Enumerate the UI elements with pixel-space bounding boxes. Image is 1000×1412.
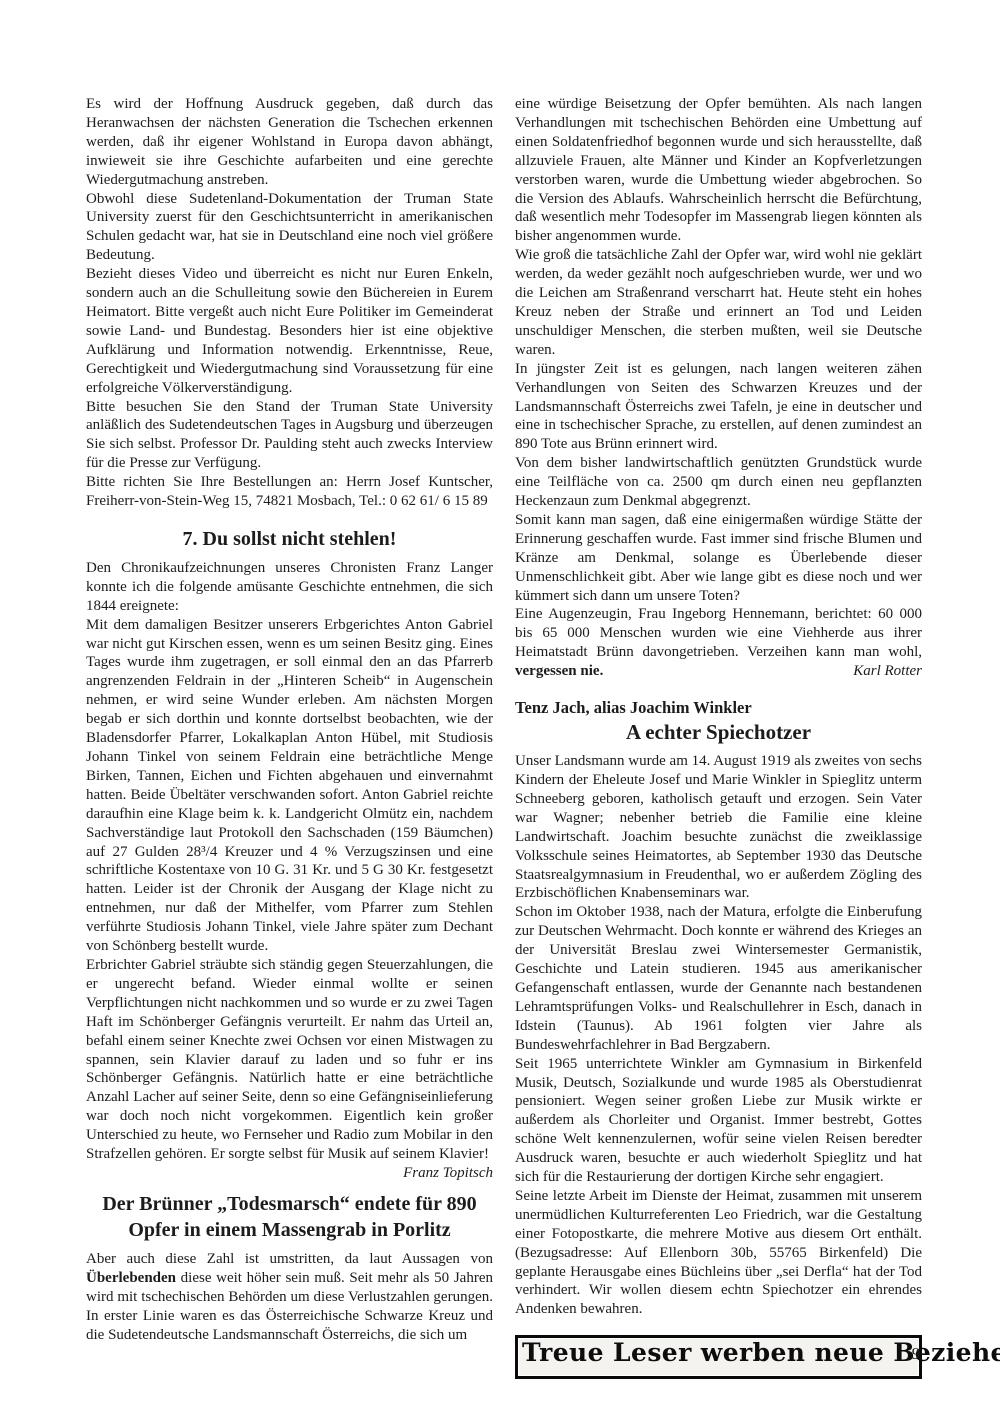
article-heading: Der Brünner „Todesmarsch“ endete für 890… bbox=[86, 1191, 493, 1243]
paragraph: Bitte besuchen Sie den Stand der Truman … bbox=[86, 398, 493, 474]
body-text: In jüngster Zeit ist es gelungen, nach l… bbox=[515, 361, 922, 453]
right-column: eine würdige Beisetzung der Opfer bemüht… bbox=[515, 95, 922, 1379]
body-text: Von dem bisher landwirtschaftlich genütz… bbox=[515, 455, 922, 509]
paragraph: Von dem bisher landwirtschaftlich genütz… bbox=[515, 454, 922, 511]
paragraph: Obwohl diese Sudetenland-Dokumentation d… bbox=[86, 190, 493, 266]
paragraph: Wie groß die tatsächliche Zahl der Opfer… bbox=[515, 246, 922, 359]
body-text: Mit dem damaligen Besitzer unserers Erbg… bbox=[86, 617, 493, 954]
page-number: 9 bbox=[912, 1344, 920, 1364]
body-text: Es wird der Hoffnung Ausdruck gegeben, d… bbox=[86, 96, 493, 188]
bold-text: vergessen nie. bbox=[515, 663, 603, 679]
body-text: Unser Landsmann wurde am 14. August 1919… bbox=[515, 753, 922, 901]
document-page: Es wird der Hoffnung Ausdruck gegeben, d… bbox=[0, 0, 1000, 1412]
body-text: Aber auch diese Zahl ist umstritten, da … bbox=[86, 1251, 493, 1267]
body-text: Bitte richten Sie Ihre Bestellungen an: … bbox=[86, 474, 493, 509]
kicker-line: Tenz Jach, alias Joachim Winkler bbox=[515, 696, 922, 719]
body-text: eine würdige Beisetzung der Opfer bemüht… bbox=[515, 96, 922, 244]
body-text: Somit kann man sagen, daß eine einigerma… bbox=[515, 512, 922, 604]
paragraph: Erbrichter Gabriel sträubte sich ständig… bbox=[86, 956, 493, 1164]
body-text: Eine Augenzeugin, Frau Ingeborg Henneman… bbox=[515, 606, 922, 660]
paragraph: Seine letzte Arbeit im Dienste der Heima… bbox=[515, 1187, 922, 1319]
body-text: Seine letzte Arbeit im Dienste der Heima… bbox=[515, 1188, 922, 1317]
body-text: Obwohl diese Sudetenland-Dokumentation d… bbox=[86, 191, 493, 264]
body-text: Bezieht dieses Video und überreicht es n… bbox=[86, 266, 493, 395]
paragraph: Den Chronikaufzeichnungen unseres Chroni… bbox=[86, 559, 493, 616]
paragraph: In jüngster Zeit ist es gelungen, nach l… bbox=[515, 360, 922, 455]
paragraph: Somit kann man sagen, daß eine einigerma… bbox=[515, 511, 922, 606]
paragraph: Bitte richten Sie Ihre Bestellungen an: … bbox=[86, 473, 493, 511]
paragraph: Es wird der Hoffnung Ausdruck gegeben, d… bbox=[86, 95, 493, 190]
body-text: Erbrichter Gabriel sträubte sich ständig… bbox=[86, 957, 493, 1162]
body-text: Schon im Oktober 1938, nach der Matura, … bbox=[515, 904, 922, 1052]
paragraph: Eine Augenzeugin, Frau Ingeborg Henneman… bbox=[515, 605, 922, 681]
paragraph: Bezieht dieses Video und überreicht es n… bbox=[86, 265, 493, 397]
two-column-layout: Es wird der Hoffnung Ausdruck gegeben, d… bbox=[86, 95, 922, 1379]
paragraph: Unser Landsmann wurde am 14. August 1919… bbox=[515, 752, 922, 903]
article-subheading: A echter Spiechotzer bbox=[515, 719, 922, 746]
section-heading: 7. Du sollst nicht stehlen! bbox=[86, 526, 493, 552]
paragraph: Schon im Oktober 1938, nach der Matura, … bbox=[515, 903, 922, 1054]
promo-banner-text: Treue Leser werben neue Bezieher! bbox=[522, 1338, 1000, 1367]
paragraph: Aber auch diese Zahl ist umstritten, da … bbox=[86, 1250, 493, 1345]
body-text: Seit 1965 unterrichtete Winkler am Gymna… bbox=[515, 1056, 922, 1185]
body-text: Wie groß die tatsächliche Zahl der Opfer… bbox=[515, 247, 922, 358]
paragraph: Seit 1965 unterrichtete Winkler am Gymna… bbox=[515, 1055, 922, 1187]
byline-signature: Karl Rotter bbox=[841, 662, 922, 681]
paragraph: eine würdige Beisetzung der Opfer bemüht… bbox=[515, 95, 922, 246]
left-column: Es wird der Hoffnung Ausdruck gegeben, d… bbox=[86, 95, 493, 1379]
body-text: Bitte besuchen Sie den Stand der Truman … bbox=[86, 399, 493, 472]
promo-banner: Treue Leser werben neue Bezieher! bbox=[515, 1335, 922, 1379]
byline-signature: Franz Topitsch bbox=[391, 1164, 493, 1183]
bold-text: Überlebenden bbox=[86, 1270, 176, 1286]
paragraph: Mit dem damaligen Besitzer unserers Erbg… bbox=[86, 616, 493, 956]
body-text: Den Chronikaufzeichnungen unseres Chroni… bbox=[86, 560, 493, 614]
